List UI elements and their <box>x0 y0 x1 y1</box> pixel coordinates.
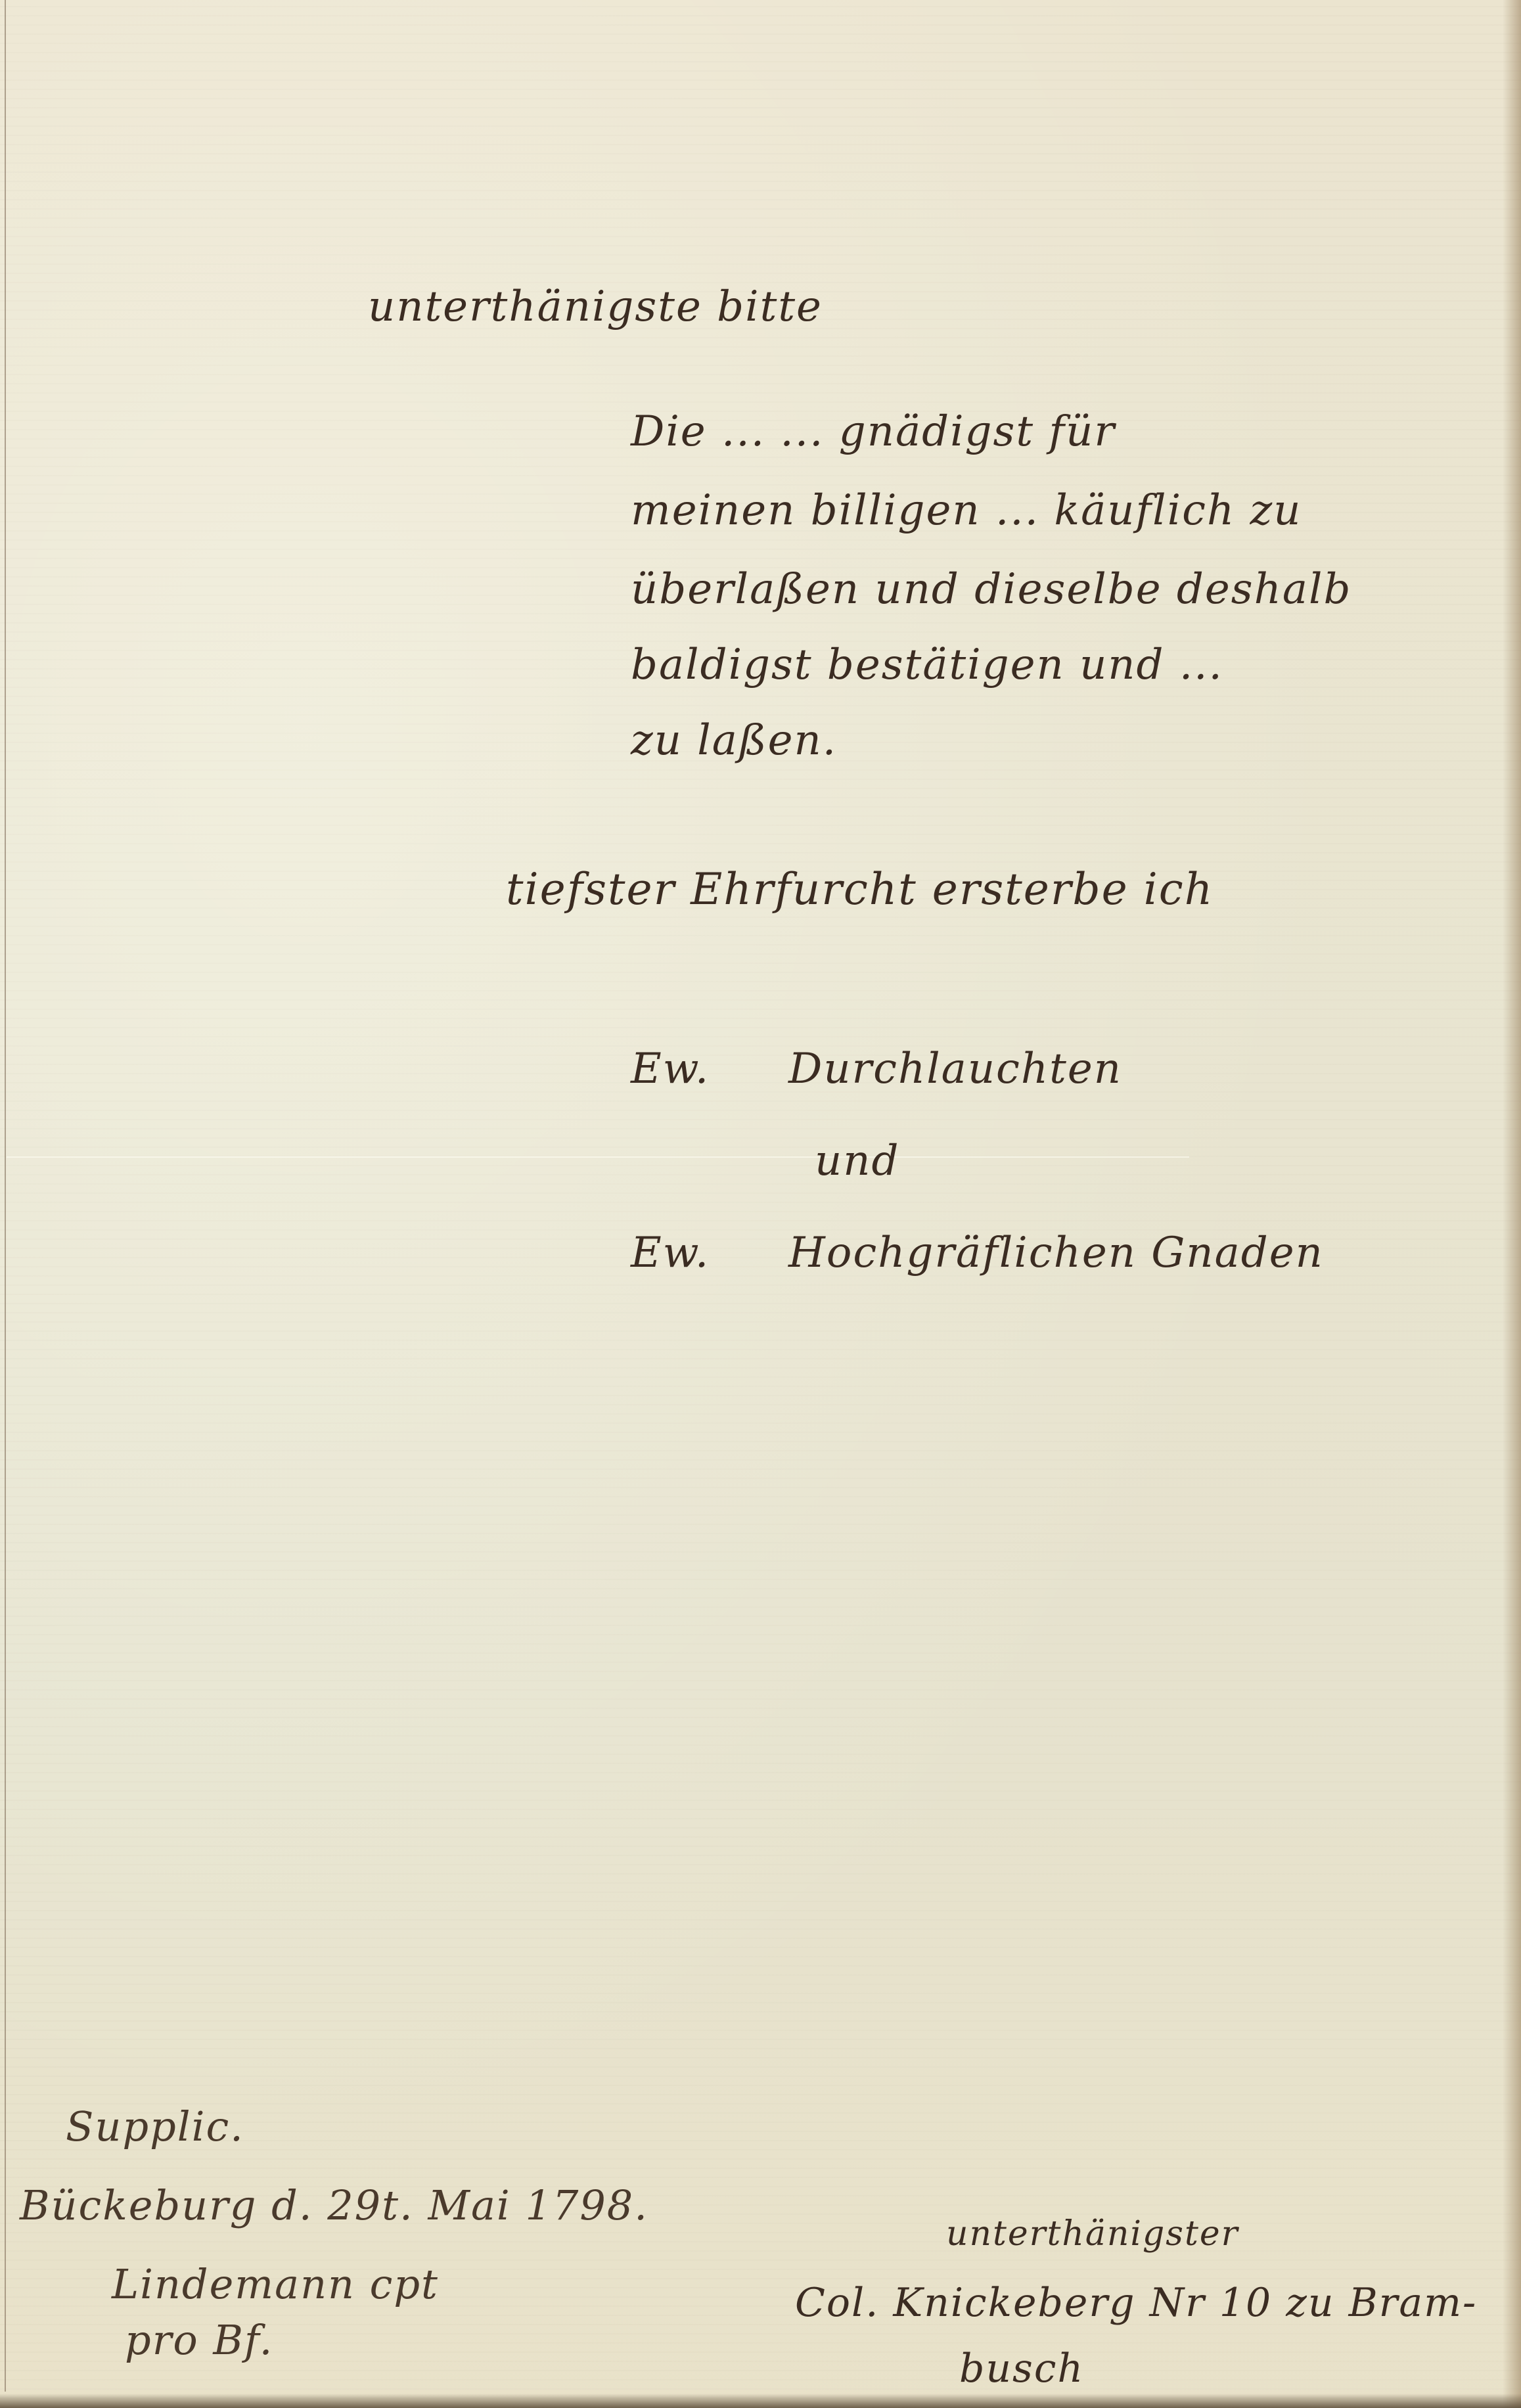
page-edge-right <box>1503 0 1521 2408</box>
body-line-4: baldigst bestätigen und ... <box>631 641 1223 689</box>
annotation-pro: pro Bf. <box>125 2316 273 2364</box>
closing-formula: tiefster Ehrfurcht ersterbe ich <box>506 864 1214 915</box>
address-line-3: Hochgräflichen Gnaden <box>788 1229 1324 1277</box>
signature-place-cont: busch <box>959 2346 1084 2392</box>
heading: unterthänigste bitte <box>368 283 823 331</box>
annotation-supplic: Supplic. <box>66 2102 244 2150</box>
annotation-clerk: Lindemann cpt <box>112 2260 439 2308</box>
fold-crease <box>7 1156 1189 1158</box>
signature-name: Col. Knickeberg Nr 10 zu Bram- <box>795 2280 1477 2326</box>
body-line-3: überlaßen und dieselbe deshalb <box>631 565 1351 614</box>
body-line-2: meinen billigen ... käuflich zu <box>631 486 1302 535</box>
document-page: unterthänigste bitte Die ... ... gnädigs… <box>0 0 1521 2408</box>
address-line-2: und <box>815 1137 899 1185</box>
address-line-1: Durchlauchten <box>788 1045 1122 1093</box>
address-prefix-1: Ew. <box>631 1045 710 1093</box>
page-edge-bottom <box>0 2394 1521 2408</box>
address-prefix-3: Ew. <box>631 1229 710 1277</box>
body-line-5: zu laßen. <box>631 716 837 765</box>
margin-line <box>5 0 6 2392</box>
body-line-1: Die ... ... gnädigst für <box>631 407 1116 456</box>
signature-formula: unterthänigster <box>946 2214 1239 2254</box>
annotation-place-date: Bückeburg d. 29t. Mai 1798. <box>20 2181 648 2229</box>
